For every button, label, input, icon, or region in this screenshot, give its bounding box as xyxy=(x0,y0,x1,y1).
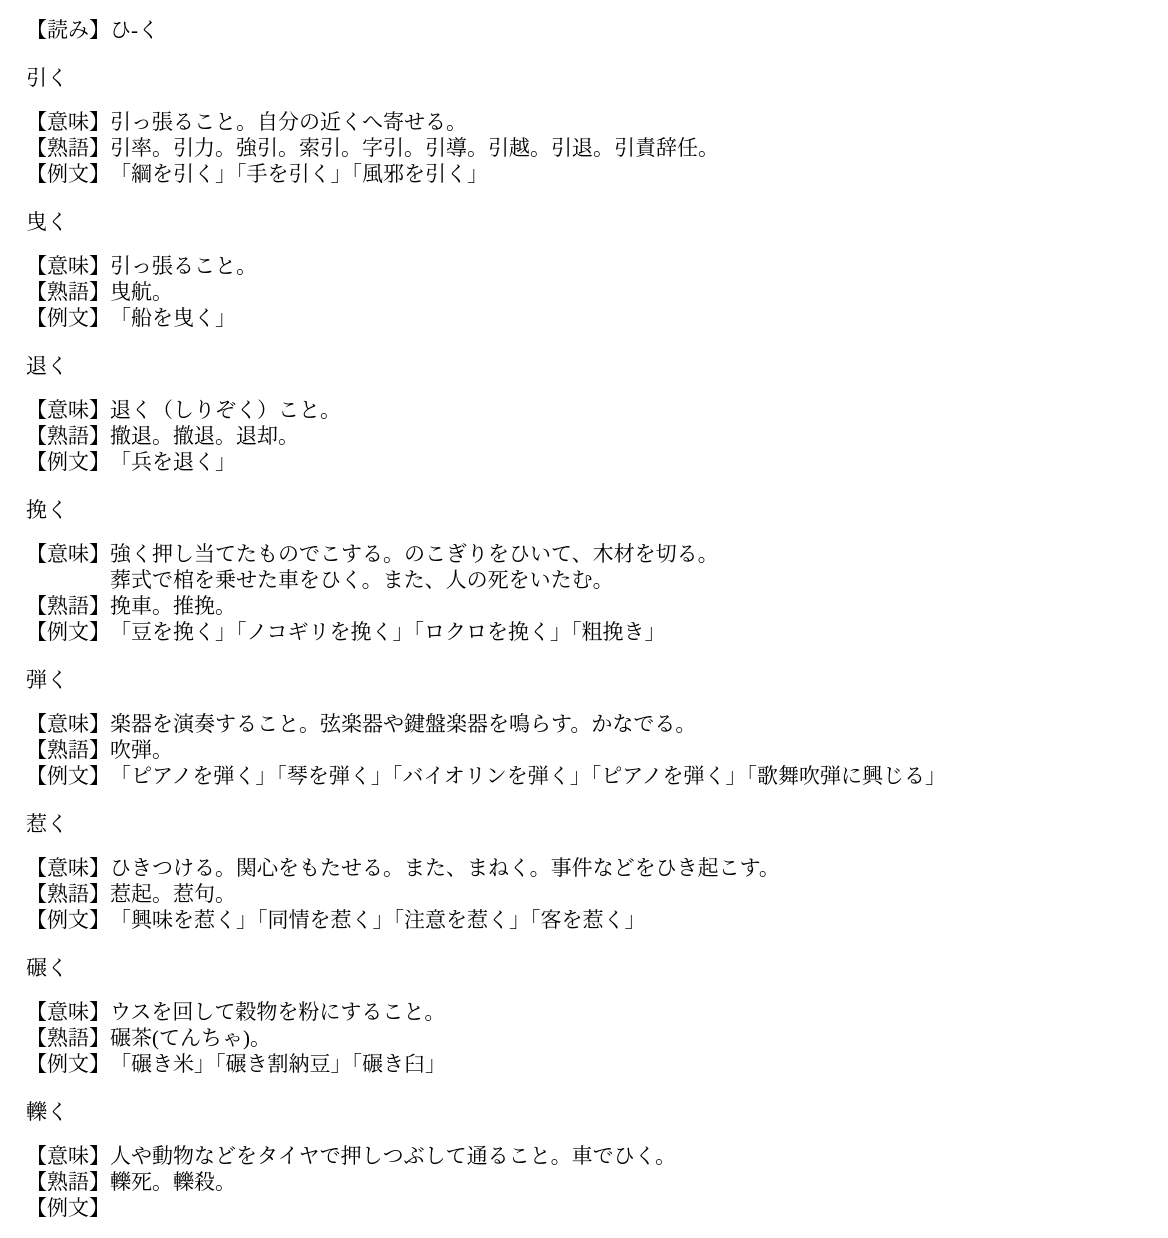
entry-headword: 碾く xyxy=(26,955,1150,981)
row-label: 【例文】 xyxy=(26,907,110,933)
row-label: 【熟語】 xyxy=(26,279,110,305)
definition-row: 【例文】 「綱を引く」「手を引く」「風邪を引く」 xyxy=(26,161,1150,187)
definition-row: 【熟語】 挽車。推挽。 xyxy=(26,593,1150,619)
row-text: 退く（しりぞく）こと。 xyxy=(110,397,1150,423)
row-label: 【熟語】 xyxy=(26,135,110,161)
row-label: 【例文】 xyxy=(26,1051,110,1077)
definition-row: 【熟語】 碾茶(てんちゃ)。 xyxy=(26,1025,1150,1051)
row-text: 「碾き米」「碾き割納豆」「碾き臼」 xyxy=(110,1051,1150,1077)
definition-row: 【例文】 「碾き米」「碾き割納豆」「碾き臼」 xyxy=(26,1051,1150,1077)
row-label: 【意味】 xyxy=(26,109,110,135)
row-text: 「豆を挽く」「ノコギリを挽く」「ロクロを挽く」「粗挽き」 xyxy=(110,619,1150,645)
entry-body: 【意味】 引っ張ること。自分の近くへ寄せる。 【熟語】 引率。引力。強引。索引。… xyxy=(26,109,1150,187)
entry-body: 【意味】 人や動物などをタイヤで押しつぶして通ること。車でひく。 【熟語】 轢死… xyxy=(26,1143,1150,1221)
reading-label: 【読み】 xyxy=(26,17,110,43)
row-text: 人や動物などをタイヤで押しつぶして通ること。車でひく。 xyxy=(110,1143,1150,1169)
definition-row: 【意味】 ウスを回して穀物を粉にすること。 xyxy=(26,999,1150,1025)
row-text: 葬式で棺を乗せた車をひく。また、人の死をいたむ。 xyxy=(110,567,1150,593)
definition-row: 【例文】 「興味を惹く」「同情を惹く」「注意を惹く」「客を惹く」 xyxy=(26,907,1150,933)
row-label: 【熟語】 xyxy=(26,593,110,619)
definition-row: 【熟語】 惹起。惹句。 xyxy=(26,881,1150,907)
definition-row: 【意味】 楽器を演奏すること。弦楽器や鍵盤楽器を鳴らす。かなでる。 xyxy=(26,711,1150,737)
row-label: 【意味】 xyxy=(26,711,110,737)
entry-section: 碾く 【意味】 ウスを回して穀物を粉にすること。 【熟語】 碾茶(てんちゃ)。 … xyxy=(26,955,1150,1077)
entry-section: 挽く 【意味】 強く押し当てたものでこする。のこぎりをひいて、木材を切る。 葬式… xyxy=(26,497,1150,645)
row-label: 【熟語】 xyxy=(26,1169,110,1195)
row-text: 挽車。推挽。 xyxy=(110,593,1150,619)
definition-row: 【例文】 xyxy=(26,1195,1150,1221)
entry-headword: 惹く xyxy=(26,811,1150,837)
row-text: 惹起。惹句。 xyxy=(110,881,1150,907)
entry-section: 惹く 【意味】 ひきつける。関心をもたせる。また、まねく。事件などをひき起こす。… xyxy=(26,811,1150,933)
row-text: ひきつける。関心をもたせる。また、まねく。事件などをひき起こす。 xyxy=(110,855,1150,881)
entry-headword: 引く xyxy=(26,65,1150,91)
definition-row: 【熟語】 吹弾。 xyxy=(26,737,1150,763)
definition-row: 【熟語】 轢死。轢殺。 xyxy=(26,1169,1150,1195)
dictionary-page: 【読み】 ひ‐く 引く 【意味】 引っ張ること。自分の近くへ寄せる。 【熟語】 … xyxy=(0,0,1168,1221)
row-text: 轢死。轢殺。 xyxy=(110,1169,1150,1195)
row-text: 引っ張ること。自分の近くへ寄せる。 xyxy=(110,109,1150,135)
row-label: 【例文】 xyxy=(26,305,110,331)
row-text: 「ピアノを弾く」「琴を弾く」「バイオリンを弾く」「ピアノを弾く」「歌舞吹弾に興じ… xyxy=(110,763,1150,789)
definition-row: 【例文】 「ピアノを弾く」「琴を弾く」「バイオリンを弾く」「ピアノを弾く」「歌舞… xyxy=(26,763,1150,789)
definition-row: 【熟語】 撤退。撤退。退却。 xyxy=(26,423,1150,449)
row-text: 撤退。撤退。退却。 xyxy=(110,423,1150,449)
entry-section: 引く 【意味】 引っ張ること。自分の近くへ寄せる。 【熟語】 引率。引力。強引。… xyxy=(26,65,1150,187)
entry-section: 曳く 【意味】 引っ張ること。 【熟語】 曳航。 【例文】 「船を曳く」 xyxy=(26,209,1150,331)
row-label: 【熟語】 xyxy=(26,737,110,763)
row-label: 【意味】 xyxy=(26,855,110,881)
definition-row: 【熟語】 曳航。 xyxy=(26,279,1150,305)
row-label: 【意味】 xyxy=(26,1143,110,1169)
row-text: 「興味を惹く」「同情を惹く」「注意を惹く」「客を惹く」 xyxy=(110,907,1150,933)
entry-body: 【意味】 ウスを回して穀物を粉にすること。 【熟語】 碾茶(てんちゃ)。 【例文… xyxy=(26,999,1150,1077)
row-text: 楽器を演奏すること。弦楽器や鍵盤楽器を鳴らす。かなでる。 xyxy=(110,711,1150,737)
row-label: 【意味】 xyxy=(26,541,110,567)
definition-row-continuation: 葬式で棺を乗せた車をひく。また、人の死をいたむ。 xyxy=(26,567,1150,593)
entry-headword: 轢く xyxy=(26,1099,1150,1125)
entry-headword: 弾く xyxy=(26,667,1150,693)
row-text: 曳航。 xyxy=(110,279,1150,305)
entry-section: 退く 【意味】 退く（しりぞく）こと。 【熟語】 撤退。撤退。退却。 【例文】 … xyxy=(26,353,1150,475)
row-text: 「兵を退く」 xyxy=(110,449,1150,475)
row-text: 吹弾。 xyxy=(110,737,1150,763)
entry-body: 【意味】 楽器を演奏すること。弦楽器や鍵盤楽器を鳴らす。かなでる。 【熟語】 吹… xyxy=(26,711,1150,789)
row-label: 【例文】 xyxy=(26,1195,110,1221)
definition-row: 【熟語】 引率。引力。強引。索引。字引。引導。引越。引退。引責辞任。 xyxy=(26,135,1150,161)
entry-body: 【意味】 退く（しりぞく）こと。 【熟語】 撤退。撤退。退却。 【例文】 「兵を… xyxy=(26,397,1150,475)
reading-row: 【読み】 ひ‐く xyxy=(26,17,1150,43)
entry-headword: 曳く xyxy=(26,209,1150,235)
row-text: 「綱を引く」「手を引く」「風邪を引く」 xyxy=(110,161,1150,187)
entry-body: 【意味】 ひきつける。関心をもたせる。また、まねく。事件などをひき起こす。 【熟… xyxy=(26,855,1150,933)
row-label: 【例文】 xyxy=(26,449,110,475)
definition-row: 【意味】 引っ張ること。 xyxy=(26,253,1150,279)
definition-row: 【例文】 「兵を退く」 xyxy=(26,449,1150,475)
row-label: 【熟語】 xyxy=(26,423,110,449)
row-text: 碾茶(てんちゃ)。 xyxy=(110,1025,1150,1051)
entry-section: 轢く 【意味】 人や動物などをタイヤで押しつぶして通ること。車でひく。 【熟語】… xyxy=(26,1099,1150,1221)
entry-headword: 挽く xyxy=(26,497,1150,523)
row-label: 【意味】 xyxy=(26,397,110,423)
definition-row: 【意味】 引っ張ること。自分の近くへ寄せる。 xyxy=(26,109,1150,135)
entry-headword: 退く xyxy=(26,353,1150,379)
definition-row: 【例文】 「船を曳く」 xyxy=(26,305,1150,331)
row-label: 【熟語】 xyxy=(26,1025,110,1051)
definition-row: 【意味】 退く（しりぞく）こと。 xyxy=(26,397,1150,423)
row-label: 【例文】 xyxy=(26,763,110,789)
row-text: 引率。引力。強引。索引。字引。引導。引越。引退。引責辞任。 xyxy=(110,135,1150,161)
entry-section: 弾く 【意味】 楽器を演奏すること。弦楽器や鍵盤楽器を鳴らす。かなでる。 【熟語… xyxy=(26,667,1150,789)
row-label: 【意味】 xyxy=(26,999,110,1025)
row-text: 強く押し当てたものでこする。のこぎりをひいて、木材を切る。 xyxy=(110,541,1150,567)
row-label: 【例文】 xyxy=(26,619,110,645)
definition-row: 【意味】 強く押し当てたものでこする。のこぎりをひいて、木材を切る。 xyxy=(26,541,1150,567)
definition-row: 【例文】 「豆を挽く」「ノコギリを挽く」「ロクロを挽く」「粗挽き」 xyxy=(26,619,1150,645)
entry-body: 【意味】 強く押し当てたものでこする。のこぎりをひいて、木材を切る。 葬式で棺を… xyxy=(26,541,1150,645)
row-text: 「船を曳く」 xyxy=(110,305,1150,331)
definition-row: 【意味】 人や動物などをタイヤで押しつぶして通ること。車でひく。 xyxy=(26,1143,1150,1169)
row-label: 【熟語】 xyxy=(26,881,110,907)
row-text: ウスを回して穀物を粉にすること。 xyxy=(110,999,1150,1025)
reading-value: ひ‐く xyxy=(110,17,1150,43)
row-label: 【意味】 xyxy=(26,253,110,279)
entry-body: 【意味】 引っ張ること。 【熟語】 曳航。 【例文】 「船を曳く」 xyxy=(26,253,1150,331)
row-text: 引っ張ること。 xyxy=(110,253,1150,279)
row-label: 【例文】 xyxy=(26,161,110,187)
definition-row: 【意味】 ひきつける。関心をもたせる。また、まねく。事件などをひき起こす。 xyxy=(26,855,1150,881)
